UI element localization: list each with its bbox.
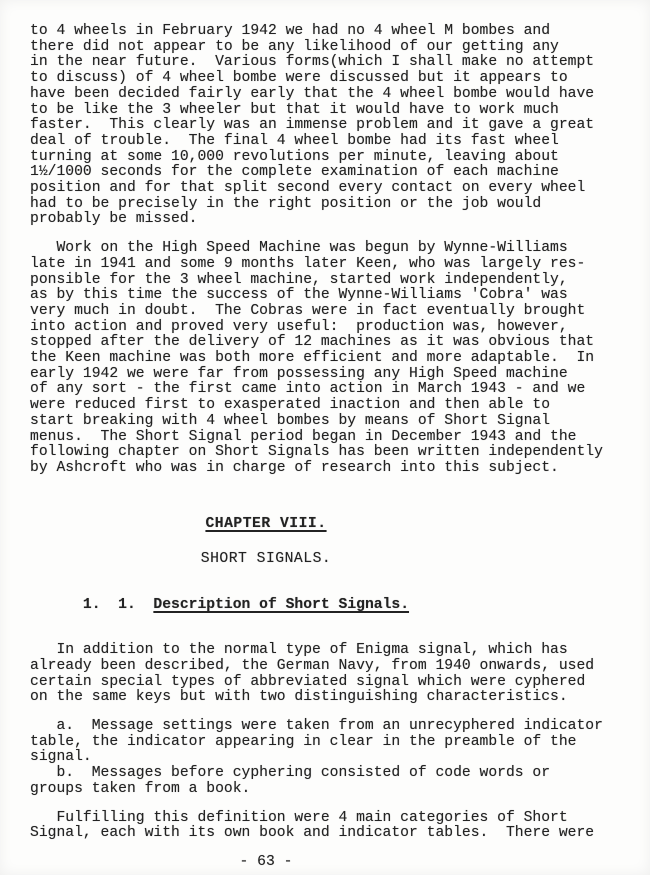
text-line: menus. The Short Signal period began in … — [30, 430, 622, 446]
text-line: turning at some 10,000 revolutions per m… — [30, 150, 622, 166]
text-line: in the near future. Various forms(which … — [30, 55, 622, 71]
paragraph-four-categories: Fulfilling this definition were 4 main c… — [30, 811, 622, 842]
list-characteristics-a-b: a. Message settings were taken from an u… — [30, 719, 622, 798]
text-line: b. Messages before cyphering consisted o… — [30, 766, 622, 782]
page-number: - 63 - — [30, 855, 502, 871]
document-text-block: to 4 wheels in February 1942 we had no 4… — [0, 0, 650, 871]
paragraph-high-speed-machine: Work on the High Speed Machine was begun… — [30, 241, 622, 477]
text-line: by Ashcroft who was in charge of researc… — [30, 461, 622, 477]
paragraph-bombe-continuation: to 4 wheels in February 1942 we had no 4… — [30, 24, 622, 228]
text-line: stopped after the delivery of 12 machine… — [30, 335, 622, 351]
text-line: probably be missed. — [30, 212, 622, 228]
text-line: to discuss) of 4 wheel bombe were discus… — [30, 71, 622, 87]
text-line: table, the indicator appearing in clear … — [30, 735, 622, 751]
text-line: start breaking with 4 wheel bombes by me… — [30, 414, 622, 430]
text-line: as by this time the success of the Wynne… — [30, 288, 622, 304]
chapter-title-text: SHORT SIGNALS. — [201, 551, 331, 567]
text-line: In addition to the normal type of Enigma… — [30, 643, 622, 659]
text-line: into action and proved very useful: prod… — [30, 320, 622, 336]
subsection-number: 1. 1. — [83, 597, 154, 613]
text-line: 1½/1000 seconds for the complete examina… — [30, 165, 622, 181]
text-line: position and for that split second every… — [30, 181, 622, 197]
text-line: the Keen machine was both more efficient… — [30, 351, 622, 367]
chapter-title: SHORT SIGNALS. — [30, 552, 502, 568]
text-line: ponsible for the 3 wheel machine, starte… — [30, 273, 622, 289]
text-line: Fulfilling this definition were 4 main c… — [30, 811, 622, 827]
text-line: Work on the High Speed Machine was begun… — [30, 241, 622, 257]
text-line: faster. This clearly was an immense prob… — [30, 118, 622, 134]
text-line: very much in doubt. The Cobras were in f… — [30, 304, 622, 320]
text-line: on the same keys but with two distinguis… — [30, 690, 622, 706]
paragraph-enigma-signal-intro: In addition to the normal type of Enigma… — [30, 643, 622, 706]
text-line: late in 1941 and some 9 months later Kee… — [30, 257, 622, 273]
text-line: a. Message settings were taken from an u… — [30, 719, 622, 735]
text-line: following chapter on Short Signals has b… — [30, 445, 622, 461]
text-line: certain special types of abbreviated sig… — [30, 675, 622, 691]
text-line: groups taken from a book. — [30, 782, 622, 798]
text-line: were reduced first to exasperated inacti… — [30, 398, 622, 414]
text-line: of any sort - the first came into action… — [30, 382, 622, 398]
text-line: have been decided fairly early that the … — [30, 87, 622, 103]
scanned-document-page: to 4 wheels in February 1942 we had no 4… — [0, 0, 650, 875]
subsection-heading: 1. 1. Description of Short Signals. — [30, 582, 622, 629]
text-line: Signal, each with its own book and indic… — [30, 826, 622, 842]
text-line: to 4 wheels in February 1942 we had no 4… — [30, 24, 622, 40]
text-line: to be like the 3 wheeler but that it wou… — [30, 103, 622, 119]
chapter-heading-text: CHAPTER VIII. — [205, 516, 326, 532]
chapter-heading: CHAPTER VIII. — [30, 517, 502, 533]
text-line: signal. — [30, 750, 622, 766]
text-line: already been described, the German Navy,… — [30, 659, 622, 675]
text-line: deal of trouble. The final 4 wheel bombe… — [30, 134, 622, 150]
subsection-title: Description of Short Signals. — [153, 597, 409, 613]
